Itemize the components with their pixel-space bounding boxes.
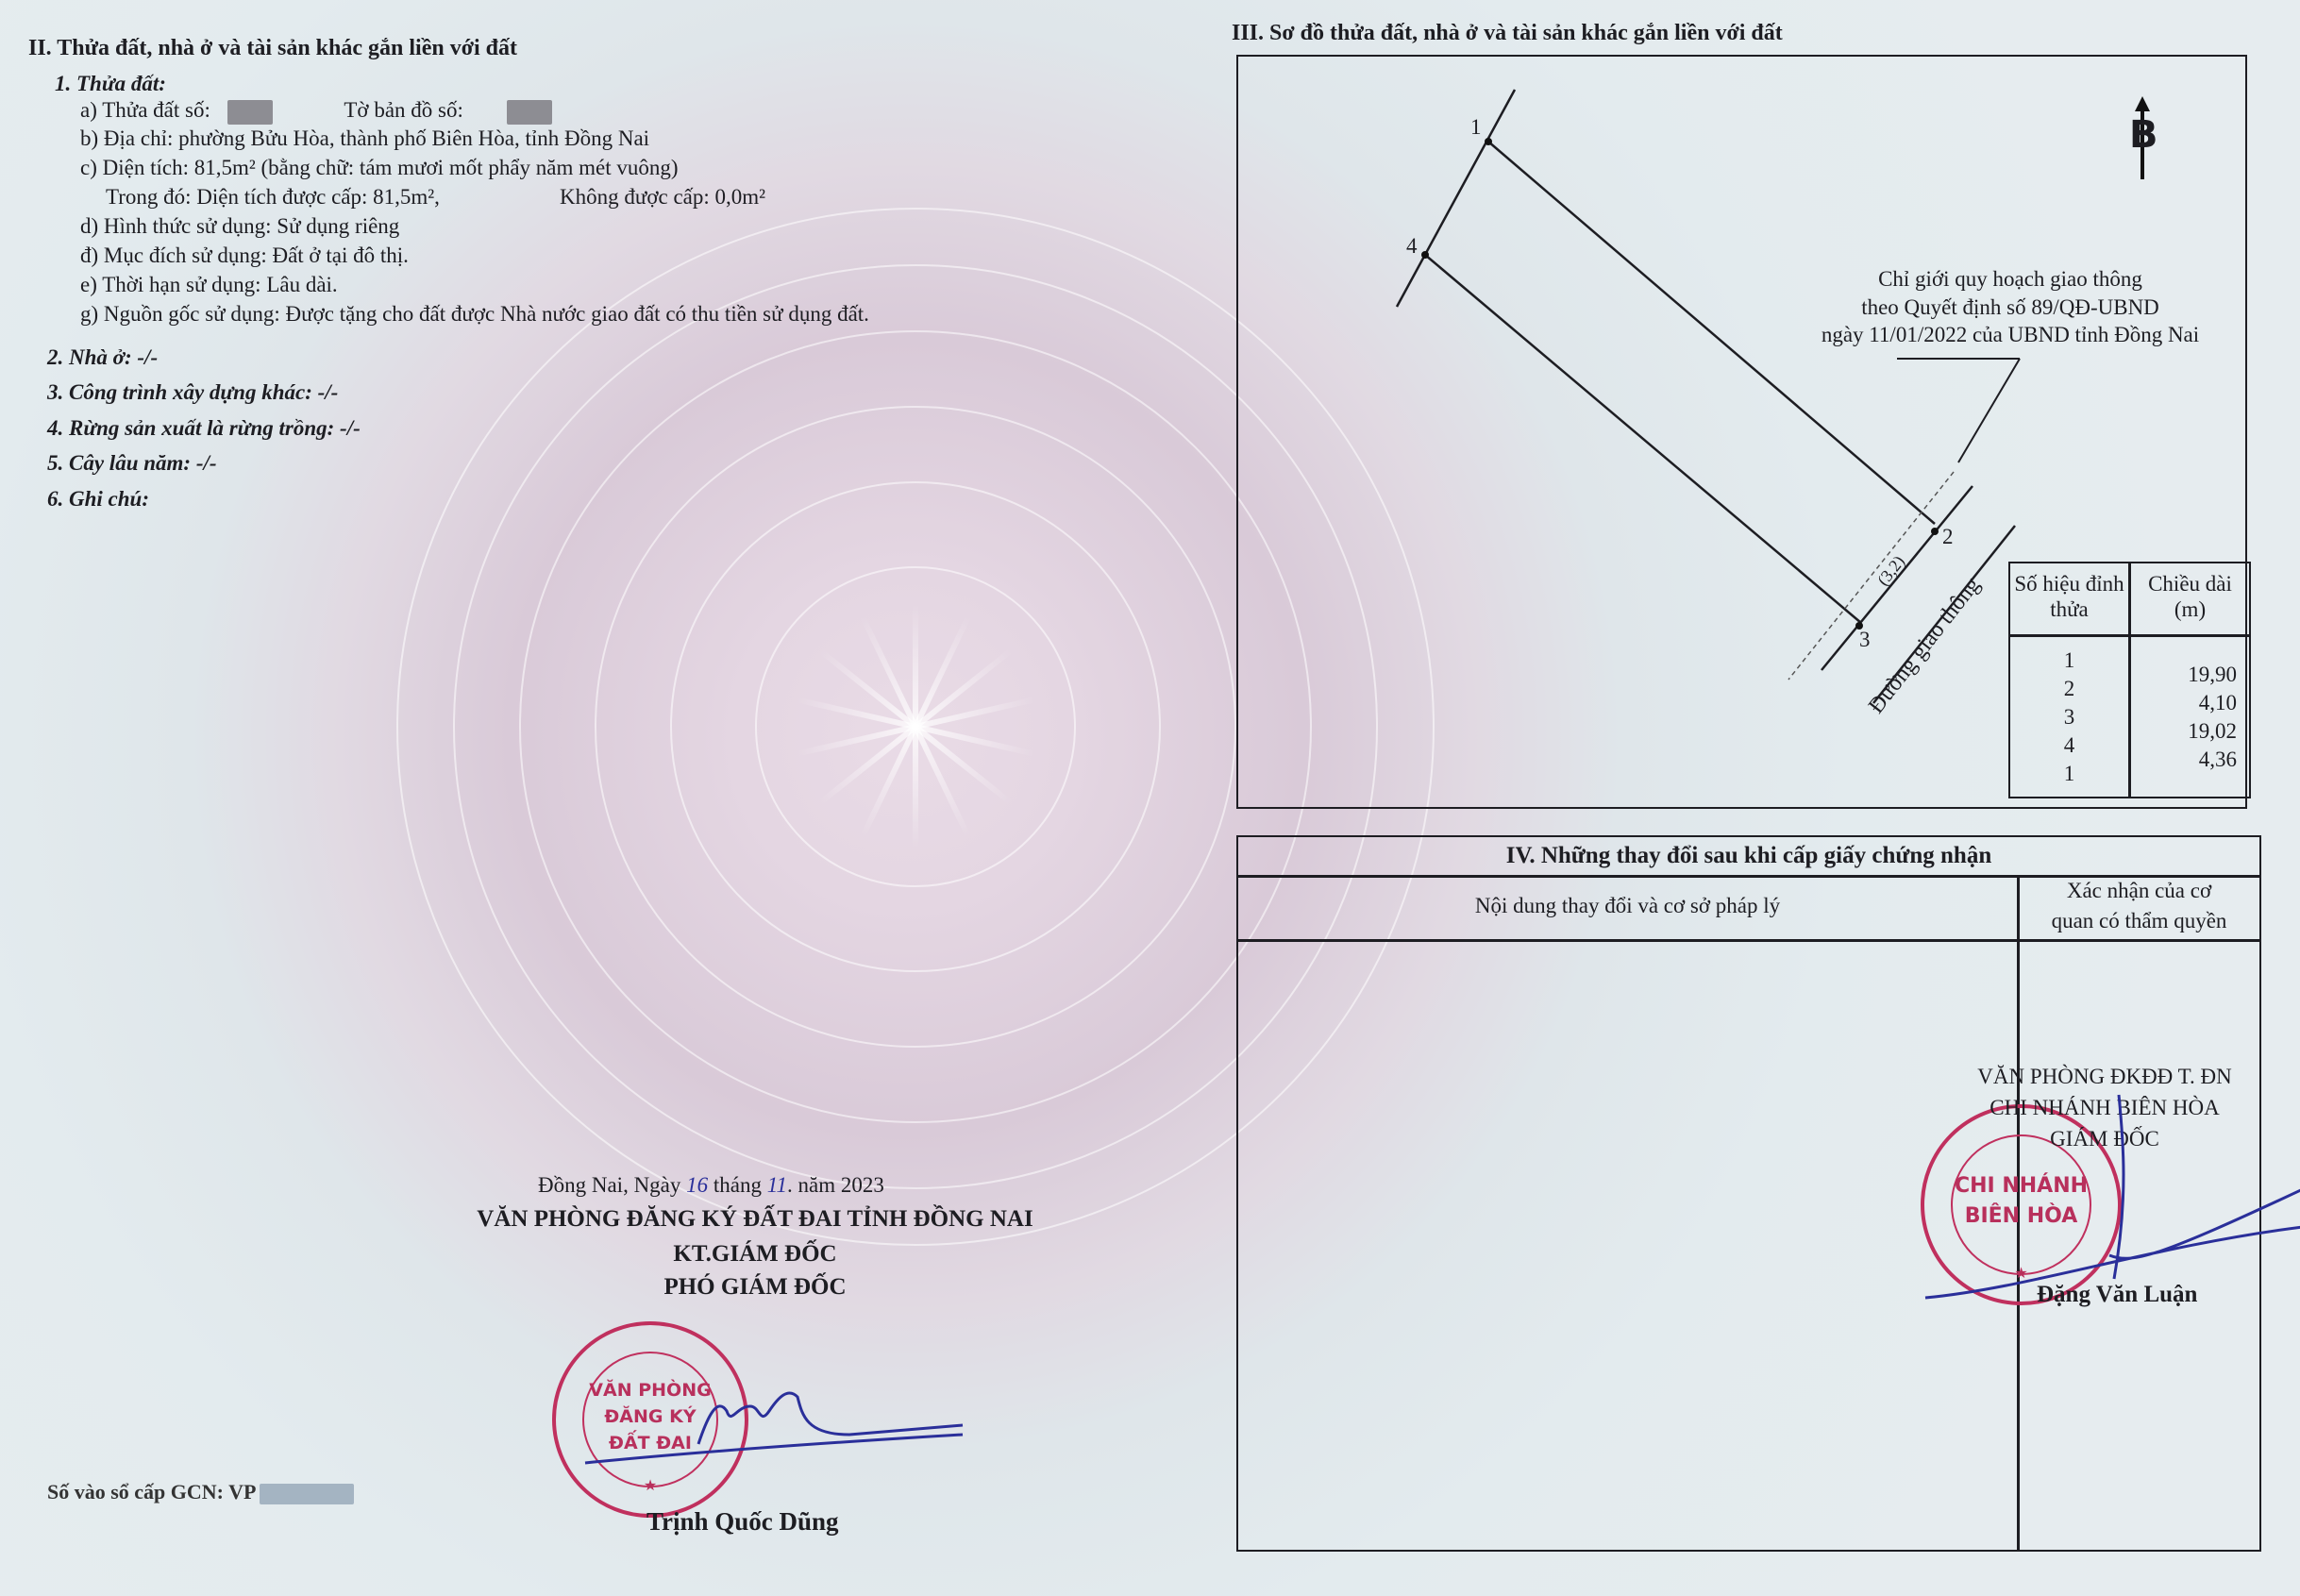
vertex-label-1: 1 [1470,115,1482,140]
vertex-cell: 3 [2010,703,2128,731]
planning-note-line-2: theo Quyết định số 89/QĐ-UBND [1765,295,2256,320]
signature-right [1916,1085,2300,1312]
signer-role-2: PHÓ GIÁM ĐỐC [434,1274,1076,1301]
table-header-length: Chiều dài (m) [2131,571,2249,622]
section4-title: IV. Những thay đổi sau khi cấp giấy chứn… [1238,843,2259,869]
parcel-drawing [0,0,2300,944]
signer-right-name: Đặng Văn Luận [2037,1282,2197,1308]
signature-left [566,1378,982,1491]
length-column: 19,904,1019,024,36 [2131,661,2237,774]
length-cell: 19,90 [2131,661,2237,689]
vertex-cell: 4 [2010,731,2128,760]
planning-note-line-1: Chỉ giới quy hoạch giao thông [1765,267,2256,292]
length-cell: 19,02 [2131,717,2237,746]
length-cell: 4,10 [2131,689,2237,717]
certificate-number-redacted [260,1484,354,1504]
certificate-number: Số vào sổ cấp GCN: VP [47,1480,354,1504]
issue-day: 16 [686,1173,708,1197]
length-cell: 4,36 [2131,746,2237,774]
planning-note-line-3: ngày 11/01/2022 của UBND tỉnh Đồng Nai [1765,323,2256,347]
issuing-office: VĂN PHÒNG ĐĂNG KÝ ĐẤT ĐAI TỈNH ĐỒNG NAI [434,1206,1076,1233]
vertex-length-table: Số hiệu đỉnh thửa Chiều dài (m) 12341 19… [2008,562,2251,798]
changes-col-confirm-1: Xác nhận của cơ [2019,879,2259,903]
signer-role-1: KT.GIÁM ĐỐC [434,1241,1076,1268]
issue-month: 11 [767,1173,787,1197]
vertex-cell: 1 [2010,760,2128,788]
changes-col-confirm-2: quan có thẩm quyền [2019,909,2259,933]
vertex-column: 12341 [2010,647,2128,788]
issue-date: Đồng Nai, Ngày 16 tháng 11. năm 2023 [538,1173,884,1198]
changes-col-content: Nội dung thay đổi và cơ sở pháp lý [1238,894,2017,918]
vertex-cell: 2 [2010,675,2128,703]
signer-left-name: Trịnh Quốc Dũng [646,1507,839,1537]
north-arrow-icon: B [2129,113,2158,157]
vertex-label-3: 3 [1859,628,1871,652]
vertex-cell: 1 [2010,647,2128,675]
table-header-vertex: Số hiệu đỉnh thửa [2010,571,2128,622]
vertex-label-4: 4 [1406,234,1418,259]
vertex-label-2: 2 [1942,525,1954,549]
